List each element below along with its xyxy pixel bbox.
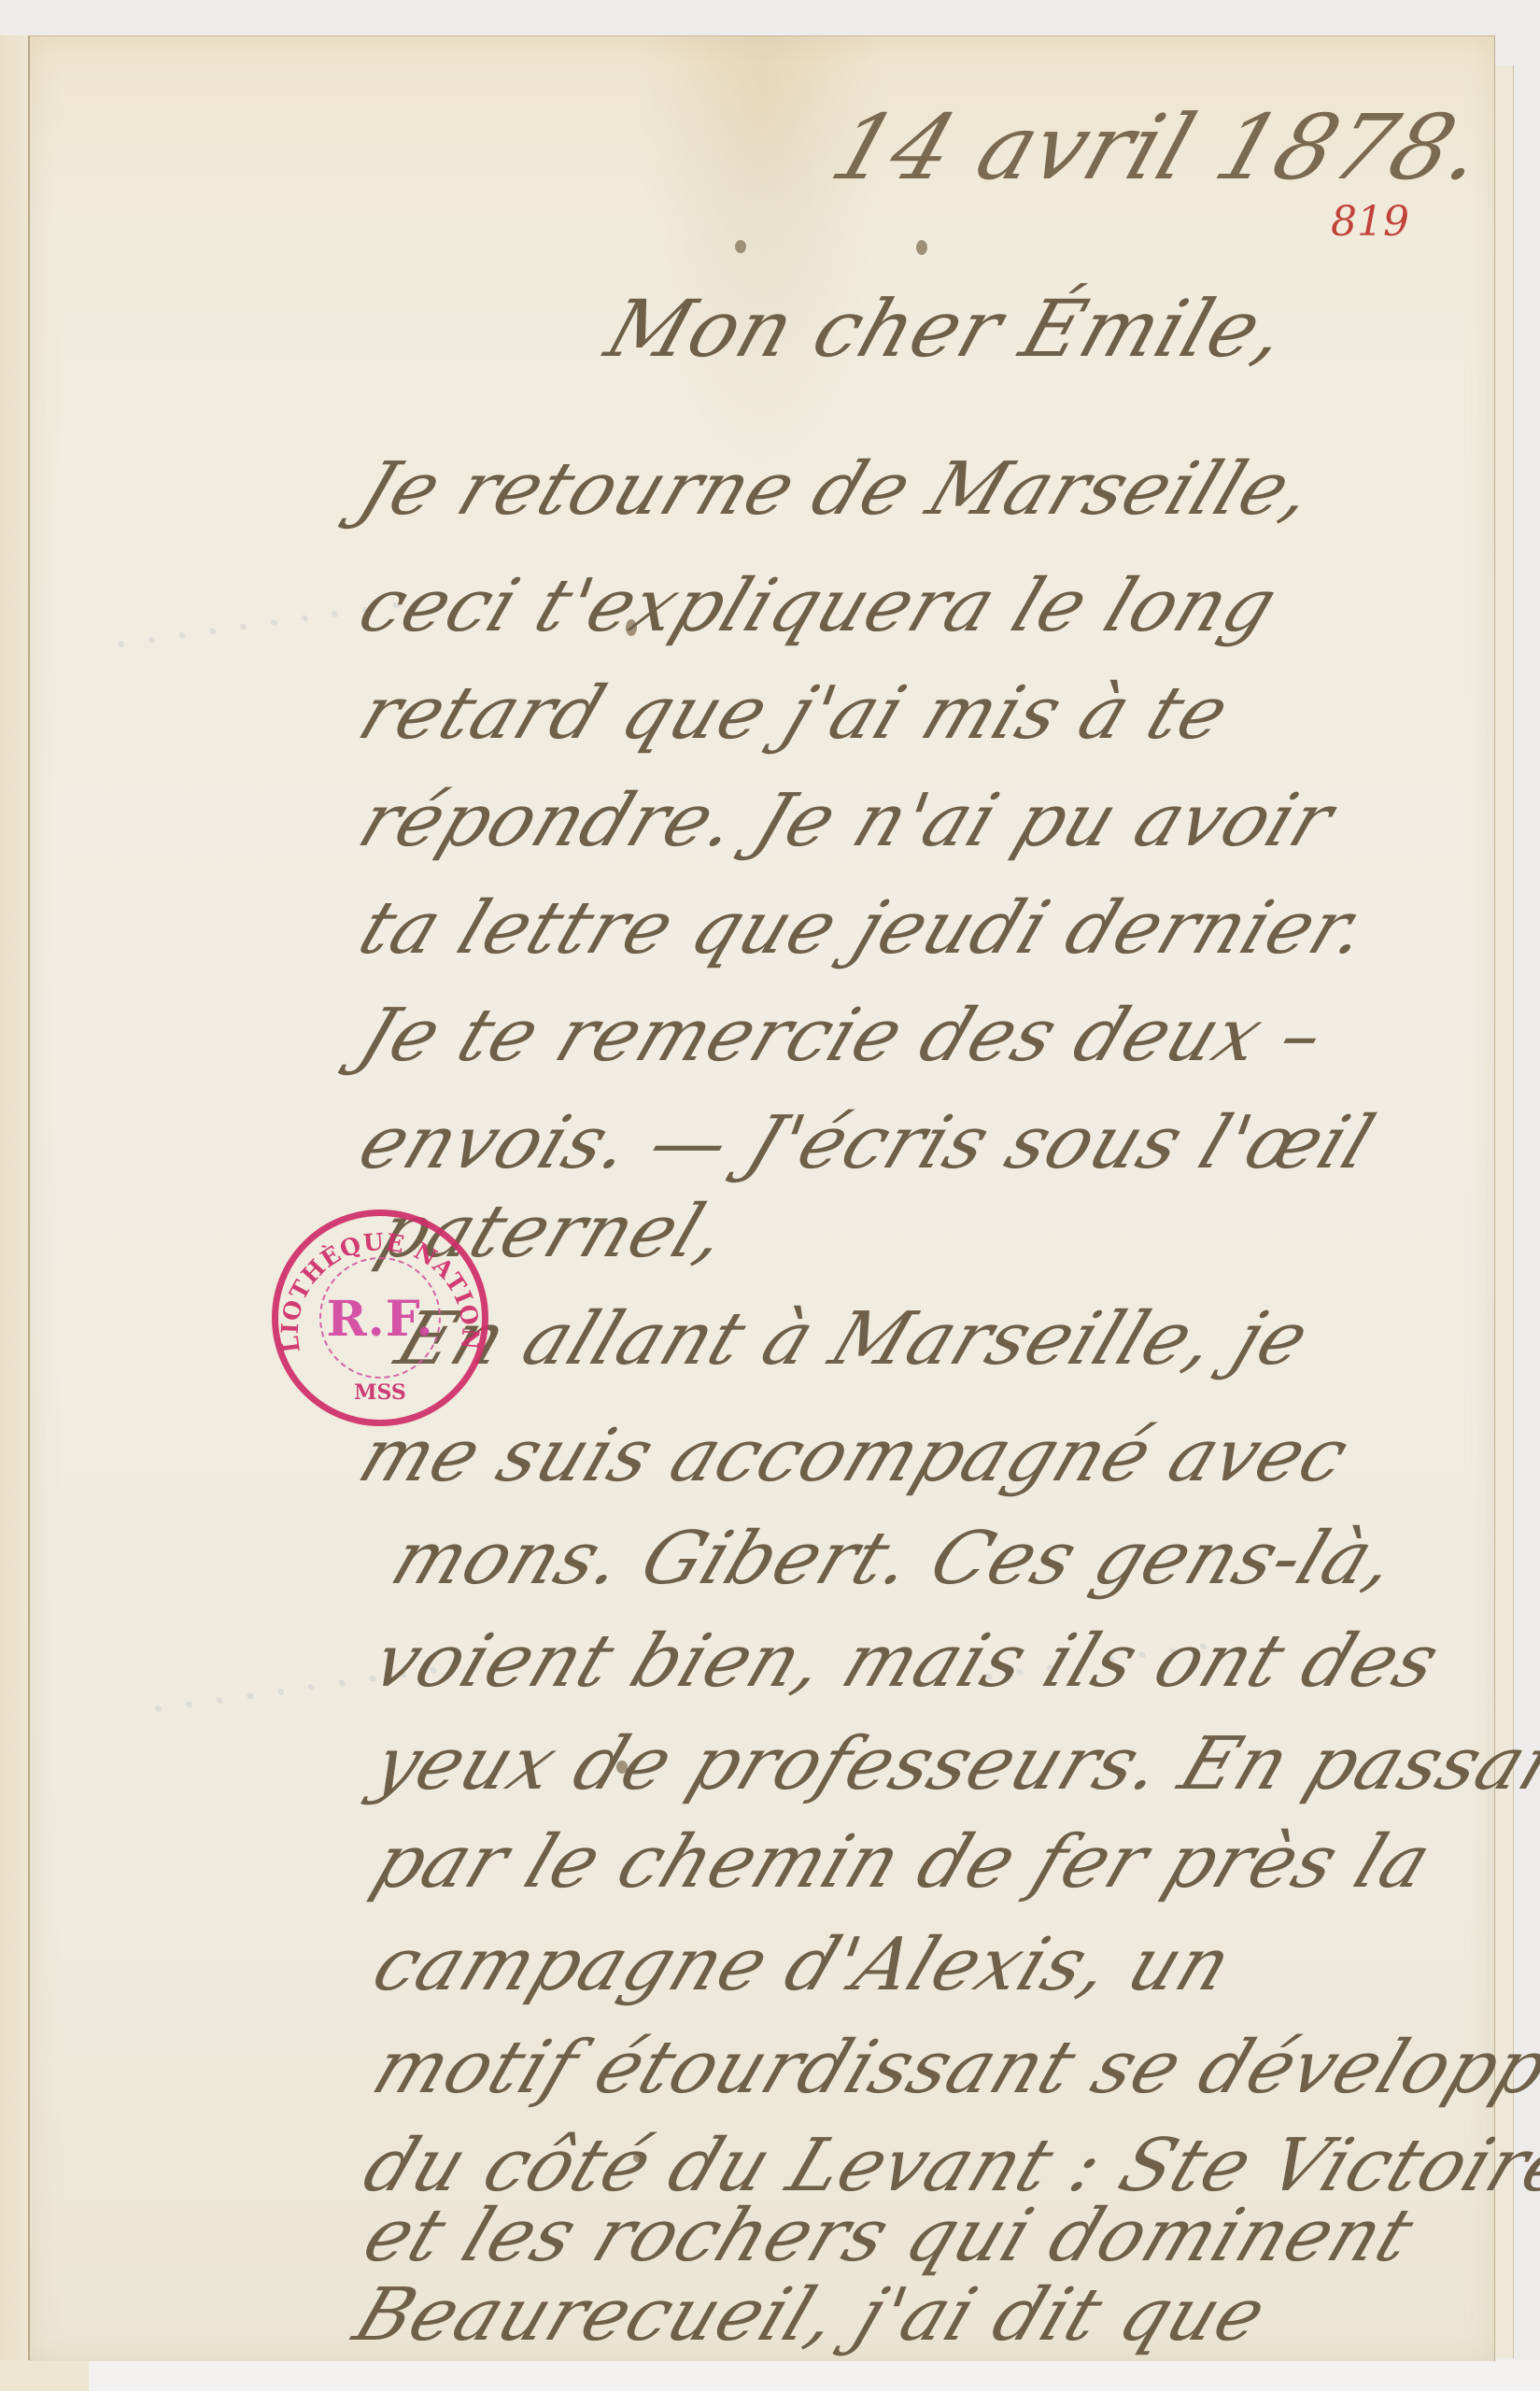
letter-line: Je te remercie des deux – [350, 999, 1334, 1072]
salutation: Mon cher Émile, [598, 290, 1297, 368]
letter-line: envois. — J'écris sous l'œil [350, 1107, 1383, 1180]
letter-line: En allant à Marseille, je [388, 1303, 1319, 1376]
letter-line: ceci t'expliquera le long [350, 570, 1286, 643]
letter-line: yeux de professeurs. En passant [364, 1728, 1540, 1801]
ink-blot [916, 240, 927, 255]
stamp-center-text: R.F. [278, 1291, 482, 1348]
page-fold-line [28, 35, 30, 2360]
letter-line: mons. Gibert. Ces gens-là, [383, 1522, 1406, 1595]
letter-page [28, 35, 1495, 2361]
letter-line: campagne d'Alexis, un [364, 1929, 1241, 2002]
letter-line: répondre. Je n'ai pu avoir [350, 785, 1343, 857]
ink-blot [735, 240, 746, 253]
letter-line: me suis accompagné avec [350, 1420, 1358, 1493]
letter-line: Beaurecueil, j'ai dit que [346, 2279, 1276, 2352]
mount-support [89, 2360, 1540, 2391]
underlying-sheet-bottom [0, 2360, 91, 2391]
letter-date: 14 avril 1878. [822, 103, 1496, 192]
letter-line: retard que j'ai mis à te [350, 677, 1238, 750]
library-stamp: BIBLIOTHÈQUE NATIONALE R.F. MSS [272, 1210, 488, 1426]
stamp-bottom-text: MSS [278, 1380, 482, 1405]
letter-line: Je retourne de Marseille, [350, 453, 1324, 526]
letter-line: motif étourdissant se développe [364, 2031, 1540, 2104]
letter-line: et les rochers qui dominent [355, 2200, 1423, 2272]
letter-line: voient bien, mais ils ont des [364, 1625, 1448, 1698]
letter-line: du côté du Levant : Ste Victoire [355, 2129, 1540, 2202]
letter-line: ta lettre que jeudi dernier. [350, 892, 1378, 965]
folio-number: 819 [1331, 198, 1409, 246]
letter-line: par le chemin de fer près la [364, 1826, 1440, 1899]
